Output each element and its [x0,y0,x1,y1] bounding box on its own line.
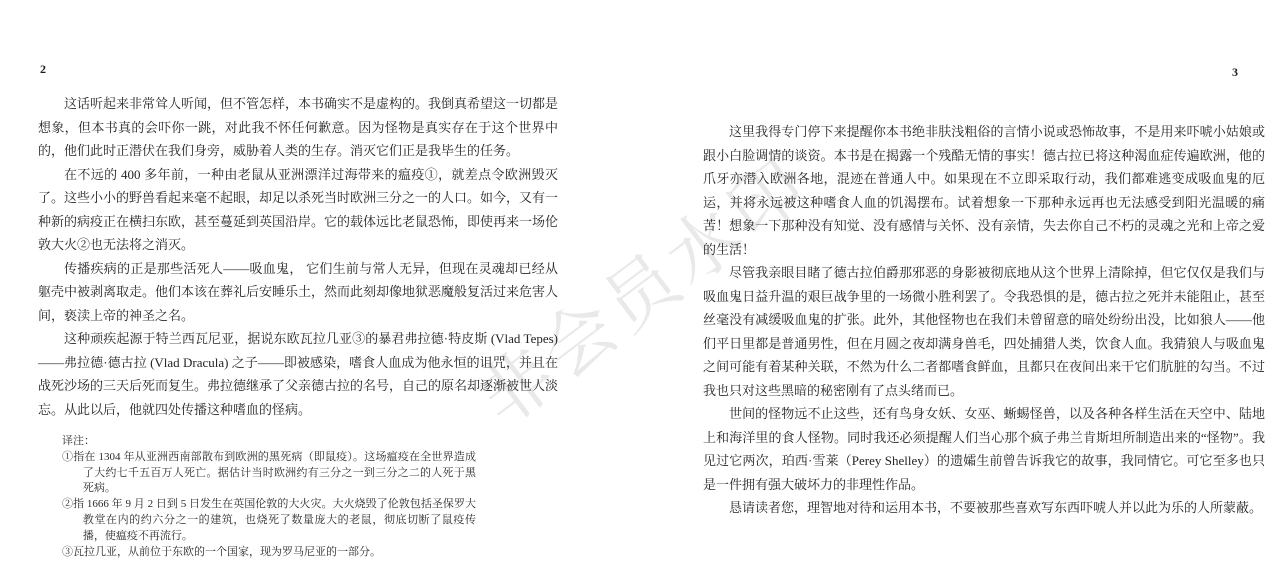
translator-footnotes: 译注： ①指在 1304 年从亚洲西南部散布到欧洲的黑死病（即鼠疫）。这场瘟疫在… [62,434,476,560]
page-number-left: 2 [40,62,46,77]
paragraph: 恳请读者您，理智地对待和运用本书，不要被那些喜欢写东西吓唬人并以此为乐的人所蒙蔽… [703,496,1265,520]
right-page-body: 这里我得专门停下来提醒你本书绝非肤浅粗俗的言情小说或恐怖故事，不是用来吓唬小姑娘… [703,120,1265,520]
paragraph: 世间的怪物远不止这些，还有鸟身女妖、女巫、蜥蜴怪兽，以及各种各样生活在天空中、陆… [703,402,1265,496]
footnotes-label: 译注： [62,434,476,450]
book-spread: 非会员水印 2 3 这话听起来非常耸人听闻，但不管怎样，本书确实不是虚构的。我倒… [0,0,1280,584]
footnote-item: ①指在 1304 年从亚洲西南部散布到欧洲的黑死病（即鼠疫）。这场瘟疫在全世界造… [62,450,476,497]
paragraph: 这种顽疾起源于特兰西瓦尼亚，据说东欧瓦拉几亚③的暴君弗拉德·特皮斯 (Vlad … [38,327,558,421]
paragraph: 这话听起来非常耸人听闻，但不管怎样，本书确实不是虚构的。我倒真希望这一切都是想象… [38,92,558,163]
footnote-item: ②指 1666 年 9 月 2 日到 5 日发生在英国伦敦的大火灾。大火烧毁了伦… [62,497,476,544]
page-number-right: 3 [1232,65,1238,80]
left-page-body: 这话听起来非常耸人听闻，但不管怎样，本书确实不是虚构的。我倒真希望这一切都是想象… [38,92,558,421]
footnote-item: ③瓦拉几亚，从前位于东欧的一个国家，现为罗马尼亚的一部分。 [62,545,476,561]
paragraph: 尽管我亲眼目睹了德古拉伯爵那邪恶的身影被彻底地从这个世界上清除掉，但它仅仅是我们… [703,261,1265,402]
paragraph: 在不远的 400 多年前，一种由老鼠从亚洲漂洋过海带来的瘟疫①，就差点令欧洲毁灭… [38,163,558,257]
paragraph: 传播疾病的正是那些活死人——吸血鬼， 它们生前与常人无异，但现在灵魂却已经从躯壳… [38,257,558,328]
paragraph: 这里我得专门停下来提醒你本书绝非肤浅粗俗的言情小说或恐怖故事，不是用来吓唬小姑娘… [703,120,1265,261]
